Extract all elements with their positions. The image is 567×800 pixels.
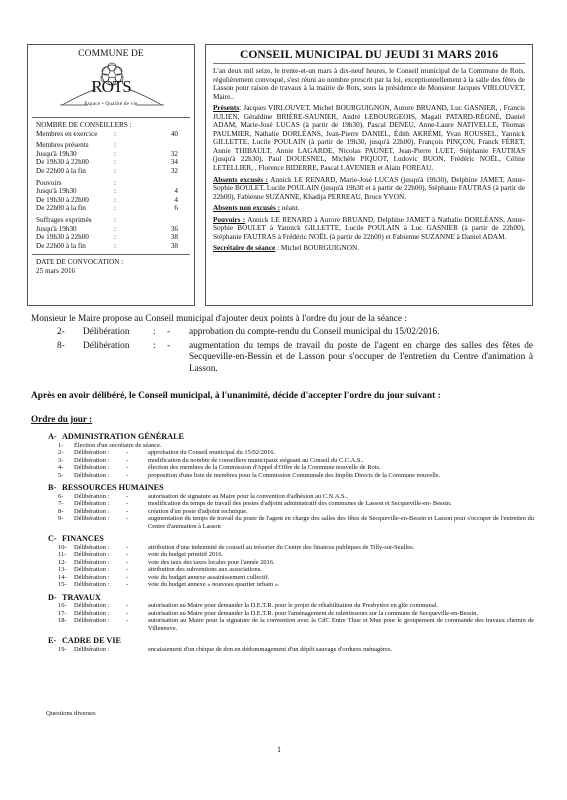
- agenda-item: 8-Délibération :-création d'un poste d'a…: [48, 508, 548, 516]
- meeting-title: CONSEIL MUNICIPAL DU JEUDI 31 MARS 2016: [213, 48, 525, 64]
- agenda-item: 11-Délibération :-vote du budget primiti…: [48, 551, 548, 559]
- stat-row: Jusqu'à 19h30:36: [36, 225, 188, 234]
- section-title: E-CADRE DE VIE: [48, 636, 548, 646]
- agenda-item: 1-Élection d'un secrétaire de séance.: [48, 442, 548, 450]
- present-paragraph: Présents: Jacques VIRLOUVET, Michel BOUR…: [213, 104, 525, 172]
- present-group: Membres présents: Jusqu'à 19h30:32 De 19…: [36, 141, 188, 175]
- section-title: A-ADMINISTRATION GÉNÉRALE: [48, 432, 548, 442]
- stat-row: De 22h00 à la fin:6: [36, 204, 188, 213]
- council-decision: Après en avoir délibéré, le Conseil muni…: [31, 391, 441, 401]
- stat-row: Jusqu'à 19h30:4: [36, 187, 188, 196]
- commune-info-box: COMMUNE DE ROTS Espace • Qualité de vie …: [27, 44, 195, 306]
- agenda-section: A-ADMINISTRATION GÉNÉRALE1-Élection d'un…: [48, 432, 548, 479]
- proposal-item: 8- Délibération : - augmentation du temp…: [31, 341, 541, 375]
- questions-diverses: Questions diverses: [46, 710, 96, 717]
- agenda-section: D-TRAVAUX16-Délibération :-autorisation …: [48, 593, 548, 633]
- convocation-date: 25 mars 2016: [36, 267, 186, 276]
- agenda-item: 2-Délibération :-approbation du Conseil …: [48, 449, 548, 457]
- page-number: 1: [277, 745, 281, 754]
- logo-tagline: Espace • Qualité de vie: [28, 102, 194, 107]
- stat-row: De 22h00 à la fin:32: [36, 167, 188, 176]
- agenda-item: 5-Délibération :-proposition d'une liste…: [48, 472, 548, 480]
- agenda-item: 9-Délibération :-augmentation du temps d…: [48, 515, 548, 530]
- agenda-item: 17-Délibération :-autorisation au Maire …: [48, 610, 548, 618]
- excused-paragraph: Absents excusés : Annick LE RENARD, Mari…: [213, 176, 525, 202]
- proposal-item: 2- Délibération : - approbation du compt…: [31, 327, 541, 338]
- agenda-item: 19-Délibération :encaissement d'un chèqu…: [48, 646, 548, 654]
- stat-row: De 19h30 à 22h00:34: [36, 158, 188, 167]
- section-title: D-TRAVAUX: [48, 593, 548, 603]
- agenda-item: 16-Délibération :-autorisation au Maire …: [48, 602, 548, 610]
- convocation-label: DATE DE CONVOCATION :: [36, 258, 186, 267]
- agenda-item: 7-Délibération :-modification du temps d…: [48, 500, 548, 508]
- stat-row: De 19h30 à 22h00:38: [36, 233, 188, 242]
- agenda-item: 6-Délibération :-autorisation de signatu…: [48, 493, 548, 501]
- stat-row: De 22h00 à la fin:38: [36, 242, 188, 251]
- proposal-intro: Monsieur le Maire propose au Conseil mun…: [31, 314, 541, 325]
- stat-row: Membres en exercice : 40: [36, 130, 188, 139]
- logo-wordmark: ROTS: [28, 77, 194, 97]
- counsellors-stats: NOMBRE DE CONSEILLERS : Membres en exerc…: [28, 118, 194, 250]
- secretary-paragraph: Secrétaire de séance : Michel BOURGUIGNO…: [213, 244, 525, 253]
- proxies-paragraph: Pouvoirs : Annick LE RENARD à Aurore BRU…: [213, 216, 525, 242]
- mayor-proposal: Monsieur le Maire propose au Conseil mun…: [31, 314, 541, 375]
- agenda-title: Ordre du jour :: [31, 414, 92, 424]
- agenda-list: A-ADMINISTRATION GÉNÉRALE1-Élection d'un…: [48, 428, 548, 653]
- convocation-block: DATE DE CONVOCATION : 25 mars 2016: [28, 255, 194, 278]
- agenda-item: 18-Délibération :-autorisation au Maire …: [48, 617, 548, 632]
- section-title: B-RESSOURCES HUMAINES: [48, 483, 548, 493]
- stat-row: De 19h30 à 22h00:4: [36, 196, 188, 205]
- stat-row: Jusqu'à 19h30:32: [36, 150, 188, 159]
- meeting-info-box: CONSEIL MUNICIPAL DU JEUDI 31 MARS 2016 …: [205, 44, 533, 306]
- agenda-item: 13-Délibération :-attribution des subven…: [48, 566, 548, 574]
- proxies-group: Pouvoirs: Jusqu'à 19h30:4 De 19h30 à 22h…: [36, 179, 188, 213]
- agenda-item: 10-Délibération :-attribution d'une inde…: [48, 544, 548, 552]
- commune-logo: ROTS Espace • Qualité de vie: [28, 61, 194, 113]
- agenda-section: C-FINANCES10-Délibération :-attribution …: [48, 534, 548, 589]
- counsellors-heading: NOMBRE DE CONSEILLERS :: [36, 121, 188, 130]
- agenda-item: 12-Délibération :-vote des taux des taxe…: [48, 559, 548, 567]
- unexcused-paragraph: Absents non excusés : néant.: [213, 204, 525, 213]
- intro-paragraph: L'an deux mil seize, le trente-et-un mar…: [213, 67, 525, 101]
- agenda-section: B-RESSOURCES HUMAINES6-Délibération :-au…: [48, 483, 548, 530]
- votes-group: Suffrages exprimés: Jusqu'à 19h30:36 De …: [36, 216, 188, 250]
- agenda-item: 3-Délibération :-modification du nombre …: [48, 457, 548, 465]
- section-title: C-FINANCES: [48, 534, 548, 544]
- agenda-item: 14-Délibération :-vote du budget annexe …: [48, 574, 548, 582]
- agenda-item: 15-Délibération :-vote du budget annexe …: [48, 581, 548, 589]
- commune-title: COMMUNE DE: [28, 49, 194, 59]
- agenda-item: 4-Délibération :-élection des membres de…: [48, 464, 548, 472]
- agenda-section: E-CADRE DE VIE19-Délibération :encaissem…: [48, 636, 548, 653]
